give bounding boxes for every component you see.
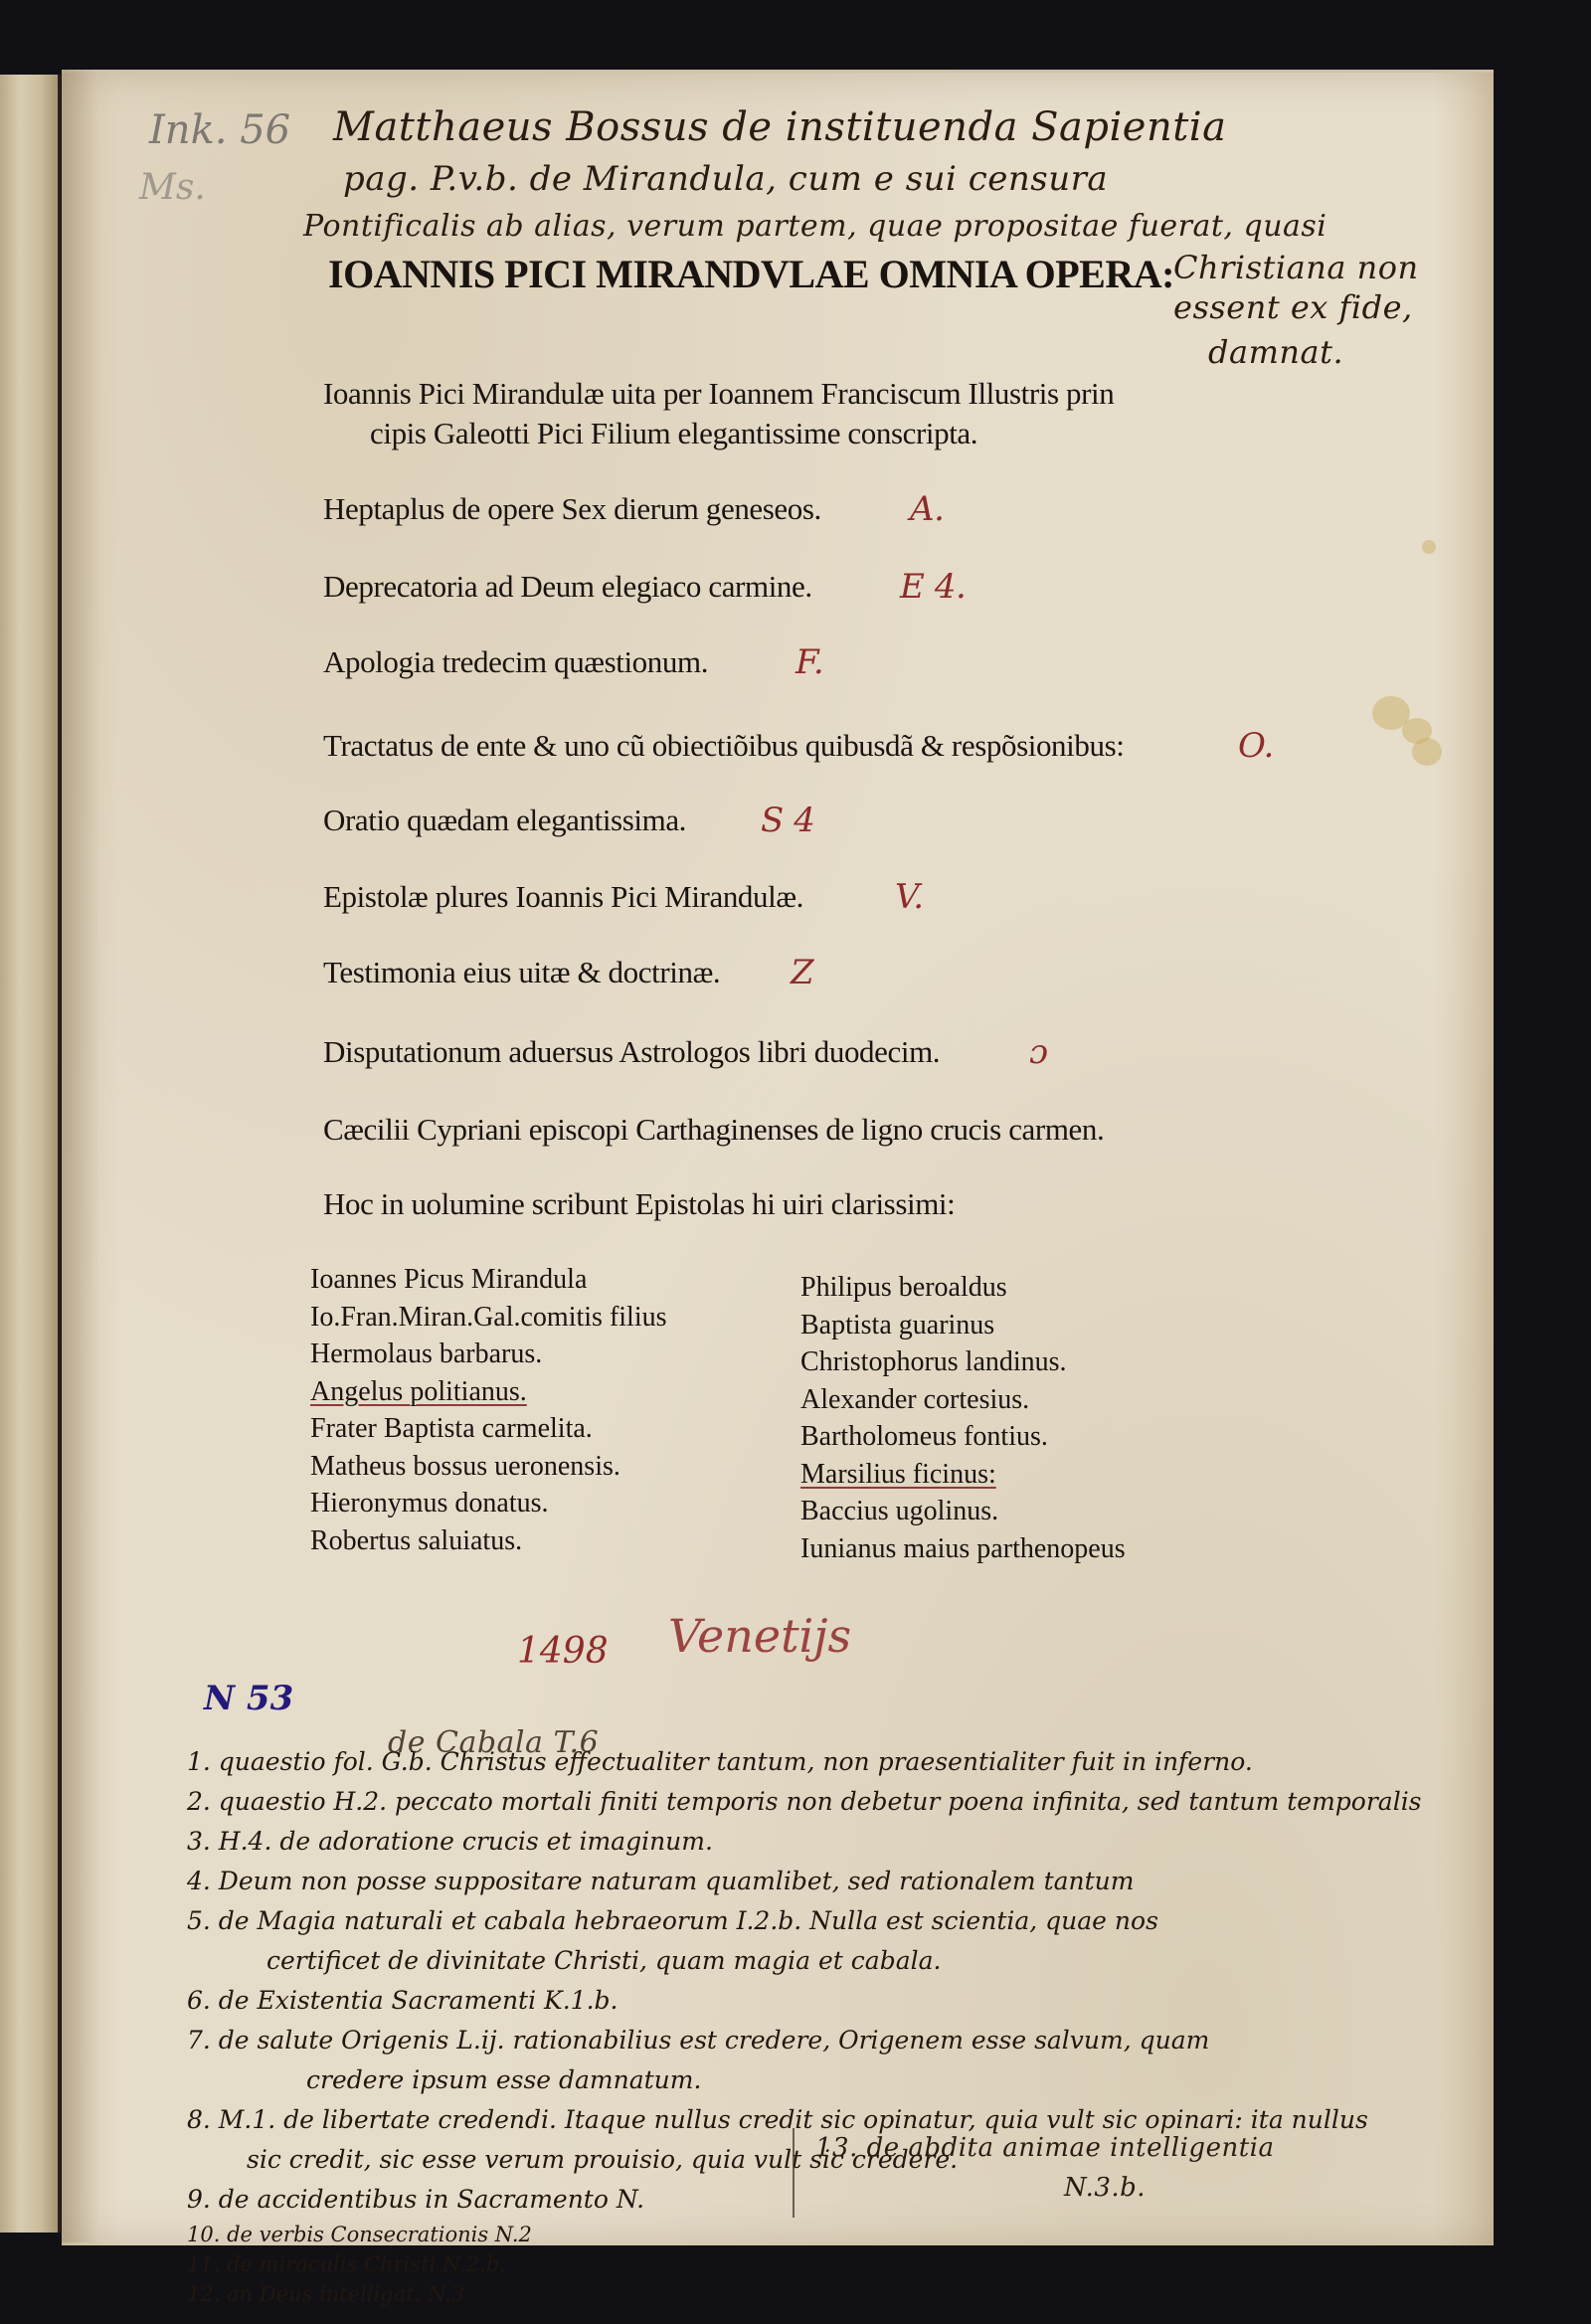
note-line: 1. quaestio fol. G.b. Christus effectual… (187, 1742, 1519, 1782)
contents-entry: Disputationum aduersus Astrologos libri … (323, 1034, 940, 1070)
top-note-line-3: Pontificalis ab alias, verum partem, qua… (303, 209, 1326, 244)
page-gutter-shadow (62, 70, 99, 2242)
contents-entry: cipis Galeotti Pici Filium elegantissime… (370, 416, 977, 451)
rubric-mark: O. (1238, 726, 1274, 766)
contents-entry: Cæcilii Cypriani episcopi Carthaginenses… (323, 1112, 1104, 1148)
contents-entry: Heptaplus de opere Sex dierum geneseos.A… (323, 491, 821, 527)
author-name: Alexander cortesius. (800, 1381, 1126, 1419)
rubric-mark: A. (910, 489, 945, 529)
author-name: Ioannes Picus Mirandula (310, 1261, 667, 1299)
top-note-line-1: Matthaeus Bossus de instituenda Sapienti… (333, 104, 1226, 150)
note-line: 5. de Magia naturali et cabala hebraeoru… (187, 1901, 1519, 1941)
author-name: Baptista guarinus (800, 1307, 1126, 1344)
author-name: Frater Baptista carmelita. (310, 1410, 667, 1448)
author-name: Angelus politianus. (310, 1373, 667, 1411)
foxing-stain (1412, 738, 1442, 766)
contents-entry: Epistolæ plures Ioannis Pici Mirandulæ.V… (323, 879, 803, 915)
rubric-mark: F. (795, 642, 823, 682)
contents-entry: Apologia tredecim quæstionum.F. (323, 644, 708, 680)
contents-entry: Hoc in uolumine scribunt Epistolas hi ui… (323, 1186, 955, 1222)
contents-entry: Deprecatoria ad Deum elegiaco carmine.E … (323, 569, 812, 605)
author-name: Marsilius ficinus: (800, 1456, 1126, 1494)
note-line: 11. de miraculis Christi N.2.b. (187, 2249, 1519, 2279)
rubric-mark: V. (895, 877, 924, 917)
rubric-mark: S 4 (761, 801, 815, 840)
note-line: 6. de Existentia Sacramenti K.1.b. (187, 1981, 1519, 2021)
side-note-line-2: essent ex fide, (1173, 288, 1413, 326)
side-note-line-1: Christiana non (1173, 249, 1419, 286)
author-name: Hieronymus donatus. (310, 1485, 667, 1522)
author-name: Baccius ugolinus. (800, 1493, 1126, 1530)
author-name: Robertus saluiatus. (310, 1522, 667, 1560)
adjacent-page-edge (0, 75, 61, 2233)
side-note-line-3: damnat. (1208, 333, 1343, 371)
top-note-line-2: pag. P.v.b. de Mirandula, cum e sui cens… (343, 159, 1108, 199)
rubric-mark: Z (791, 953, 813, 992)
authors-left-column: Ioannes Picus Mirandula Io.Fran.Miran.Ga… (310, 1261, 667, 1559)
author-name: Bartholomeus fontius. (800, 1418, 1126, 1456)
contents-entry: Oratio quædam elegantissima.S 4 (323, 803, 686, 838)
shelfmark-pencil: Ink. 56 (149, 107, 290, 153)
author-name: Matheus bossus ueronensis. (310, 1448, 667, 1486)
contents-entry: Testimonia eius uitæ & doctrinæ.Z (323, 955, 720, 990)
note-line: 9. de accidentibus in Sacramento N. (187, 2180, 1519, 2220)
note-13: 13. de abdita animae intelligentia (815, 2133, 1274, 2163)
note-line: 7. de salute Origenis L.ij. rationabiliu… (187, 2021, 1519, 2060)
rubric-mark: ɔ (1029, 1032, 1048, 1072)
note-line: 3. H.4. de adoratione crucis et imaginum… (187, 1822, 1519, 1862)
place-name: Venetijs (668, 1609, 851, 1663)
page-title: IOANNIS PICI MIRANDVLAE OMNIA OPERA: (328, 251, 1174, 297)
author-name: Hermolaus barbarus. (310, 1336, 667, 1373)
author-name: Iunianus maius parthenopeus (800, 1530, 1126, 1568)
note-line: 12. an Deus intelligat. N.3 (187, 2279, 1519, 2309)
inventory-number: N 53 (204, 1679, 293, 1718)
pencil-note: Ms. (139, 167, 206, 208)
note-line: certificet de divinitate Christi, quam m… (266, 1941, 1519, 1981)
author-name: Io.Fran.Miran.Gal.comitis filius (310, 1299, 667, 1337)
note-line: 2. quaestio H.2. peccato mortali finiti … (187, 1782, 1519, 1822)
date-year: 1498 (517, 1631, 609, 1672)
note-divider (793, 2128, 795, 2218)
foxing-stain (1422, 540, 1436, 554)
rubric-mark: E 4. (900, 567, 966, 607)
note-line: 10. de verbis Consecrationis N.2 (187, 2220, 1519, 2249)
note-line: 4. Deum non posse suppositare naturam qu… (187, 1862, 1519, 1901)
authors-right-column: Philipus beroaldus Baptista guarinus Chr… (800, 1269, 1126, 1567)
author-name: Christophorus landinus. (800, 1343, 1126, 1381)
manuscript-notes: 1. quaestio fol. G.b. Christus effectual… (187, 1742, 1519, 2309)
contents-entry: Tractatus de ente & uno cũ obiectiõibus … (323, 728, 1124, 764)
note-13-ref: N.3.b. (1064, 2173, 1146, 2203)
contents-entry: Ioannis Pici Mirandulæ uita per Ioannem … (323, 376, 1114, 412)
author-name: Philipus beroaldus (800, 1269, 1126, 1307)
note-line: credere ipsum esse damnatum. (306, 2060, 1519, 2100)
